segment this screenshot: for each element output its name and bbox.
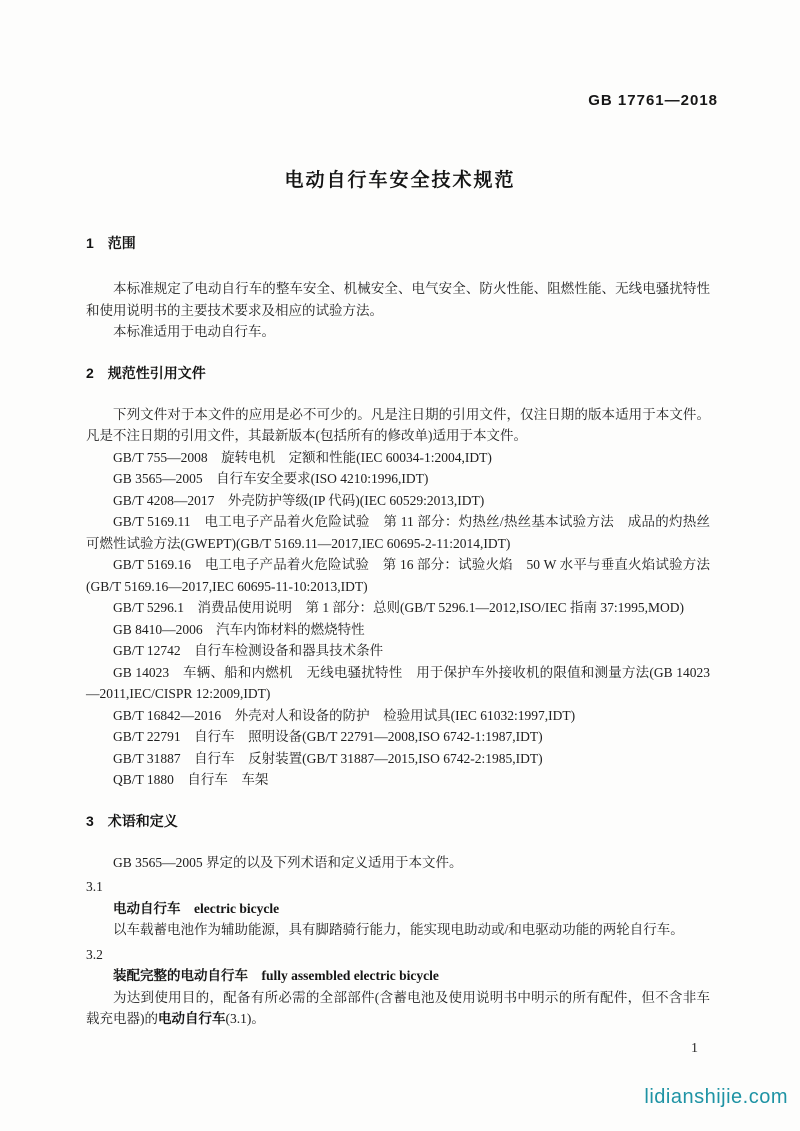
standard-number: GB 17761—2018 bbox=[588, 92, 718, 109]
page-number: 1 bbox=[691, 1041, 698, 1057]
paragraph: 下列文件对于本文件的应用是必不可少的。凡是注日期的引用文件，仅注日期的版本适用于… bbox=[86, 404, 710, 447]
clause-number: 3.1 bbox=[86, 876, 710, 898]
paragraph: 为达到使用目的，配备有所必需的全部部件(含蓄电池及使用说明书中明示的所有配件，但… bbox=[86, 987, 710, 1030]
paragraph: 以车载蓄电池作为辅助能源，具有脚踏骑行能力，能实现电助动或/和电驱动功能的两轮自… bbox=[86, 919, 710, 941]
paragraph: 本标准适用于电动自行车。 bbox=[86, 321, 710, 343]
reference-item: GB/T 12742 自行车检测设备和器具技术条件 bbox=[86, 640, 710, 662]
bold-text: 电动自行车 bbox=[158, 1011, 226, 1026]
page-title: 电动自行车安全技术规范 bbox=[0, 165, 800, 192]
section-heading: 2 规范性引用文件 bbox=[86, 363, 710, 384]
paragraph: GB 3565—2005 界定的以及下列术语和定义适用于本文件。 bbox=[86, 852, 710, 874]
term-definition: 电动自行车 electric bicycle bbox=[86, 898, 710, 920]
reference-item: GB/T 5296.1 消费品使用说明 第 1 部分：总则(GB/T 5296.… bbox=[86, 597, 710, 619]
text-segment: (3.1)。 bbox=[226, 1011, 265, 1026]
paragraph: 本标准规定了电动自行车的整车安全、机械安全、电气安全、防火性能、阻燃性能、无线电… bbox=[86, 278, 710, 321]
section-heading: 3 术语和定义 bbox=[86, 811, 710, 832]
reference-item: GB/T 5169.11 电工电子产品着火危险试验 第 11 部分：灼热丝/热丝… bbox=[86, 511, 710, 554]
reference-item: GB 8410—2006 汽车内饰材料的燃烧特性 bbox=[86, 619, 710, 641]
reference-item: GB/T 4208—2017 外壳防护等级(IP 代码)(IEC 60529:2… bbox=[86, 490, 710, 512]
reference-item: GB/T 5169.16 电工电子产品着火危险试验 第 16 部分：试验火焰 5… bbox=[86, 554, 710, 597]
reference-item: GB/T 31887 自行车 反射装置(GB/T 31887—2015,ISO … bbox=[86, 748, 710, 770]
reference-item: GB/T 755—2008 旋转电机 定额和性能(IEC 60034-1:200… bbox=[86, 447, 710, 469]
section-heading: 1 范围 bbox=[86, 233, 710, 254]
reference-item: GB 3565—2005 自行车安全要求(ISO 4210:1996,IDT) bbox=[86, 468, 710, 490]
document-body: 1 范围本标准规定了电动自行车的整车安全、机械安全、电气安全、防火性能、阻燃性能… bbox=[86, 233, 710, 1030]
reference-item: GB 14023 车辆、船和内燃机 无线电骚扰特性 用于保护车外接收机的限值和测… bbox=[86, 662, 710, 705]
reference-item: QB/T 1880 自行车 车架 bbox=[86, 769, 710, 791]
clause-number: 3.2 bbox=[86, 944, 710, 966]
reference-item: GB/T 16842—2016 外壳对人和设备的防护 检验用试具(IEC 610… bbox=[86, 705, 710, 727]
reference-item: GB/T 22791 自行车 照明设备(GB/T 22791—2008,ISO … bbox=[86, 726, 710, 748]
watermark: lidianshijie.com bbox=[644, 1086, 788, 1109]
document-page: GB 17761—2018 电动自行车安全技术规范 1 范围本标准规定了电动自行… bbox=[0, 0, 800, 1131]
term-definition: 装配完整的电动自行车 fully assembled electric bicy… bbox=[86, 965, 710, 987]
